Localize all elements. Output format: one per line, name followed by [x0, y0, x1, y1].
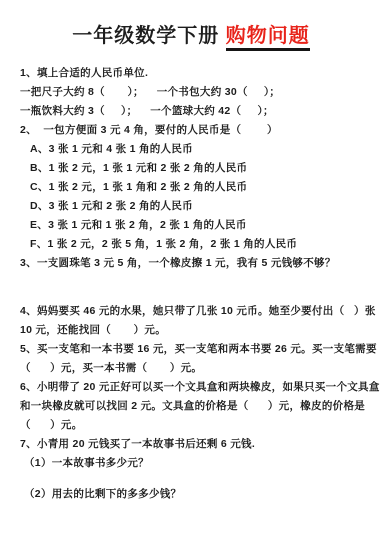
worksheet-line-1: 1、填上合适的人民币单位.: [20, 64, 368, 83]
title-prefix: 一年级数学下册: [72, 25, 226, 47]
worksheet-line-21: （2）用去的比剩下的多多少钱？: [20, 485, 368, 504]
worksheet-line-16: 6、小明带了 20 元正好可以买一个文具盒和两块橡皮，如果只买一个文具盒: [20, 378, 368, 397]
page-title: 一年级数学下册 购物问题: [0, 22, 382, 50]
worksheet-line-5: A、3 张 1 元和 4 张 1 角的人民币: [20, 140, 368, 159]
worksheet-line-3: 一瓶饮料大约 3（ ）； 一个篮球大约 42（ ）；: [20, 102, 368, 121]
worksheet-line-18: （ ）元。: [20, 416, 368, 435]
worksheet-line-7: C、1 张 2 元，1 张 1 角和 2 张 2 角的人民币: [20, 178, 368, 197]
worksheet-line-6: B、1 张 2 元，1 张 1 元和 2 张 2 角的人民币: [20, 159, 368, 178]
worksheet-line-13: 10 元，还能找回（ ）元。: [20, 321, 368, 340]
worksheet-line-9: E、3 张 1 元和 1 张 2 角，2 张 1 角的人民币: [20, 216, 368, 235]
worksheet-line-10: F、1 张 2 元，2 张 5 角，1 张 2 角，2 张 1 角的人民币: [20, 235, 368, 254]
worksheet-line-19: 7、小青用 20 元钱买了一本故事书后还剩 6 元钱.: [20, 435, 368, 454]
worksheet-body: 1、填上合适的人民币单位.一把尺子大约 8（ ）； 一个书包大约 30（ ）；一…: [0, 64, 382, 504]
worksheet-line-2: 一把尺子大约 8（ ）； 一个书包大约 30（ ）；: [20, 83, 368, 102]
worksheet-page: 一年级数学下册 购物问题 1、填上合适的人民币单位.一把尺子大约 8（ ）； 一…: [0, 0, 382, 540]
worksheet-line-17: 和一块橡皮就可以找回 2 元。文具盒的价格是（ ）元，橡皮的价格是: [20, 397, 368, 416]
worksheet-line-11: 3、一支圆珠笔 3 元 5 角，一个橡皮擦 1 元，我有 5 元钱够不够？: [20, 254, 368, 273]
worksheet-line-20: （1）一本故事书多少元？: [20, 454, 368, 473]
worksheet-line-8: D、3 张 1 元和 2 张 2 角的人民币: [20, 197, 368, 216]
worksheet-line-4: 2、 一包方便面 3 元 4 角，要付的人民币是（ ）: [20, 121, 368, 140]
worksheet-line-12: 4、妈妈要买 46 元的水果，她只带了几张 10 元币。她至少要付出（ ）张: [20, 302, 368, 321]
worksheet-line-15: （ ）元，买一本书需（ ）元。: [20, 359, 368, 378]
title-highlight: 购物问题: [226, 25, 310, 51]
worksheet-line-14: 5、买一支笔和一本书要 16 元，买一支笔和两本书要 26 元。买一支笔需要: [20, 340, 368, 359]
